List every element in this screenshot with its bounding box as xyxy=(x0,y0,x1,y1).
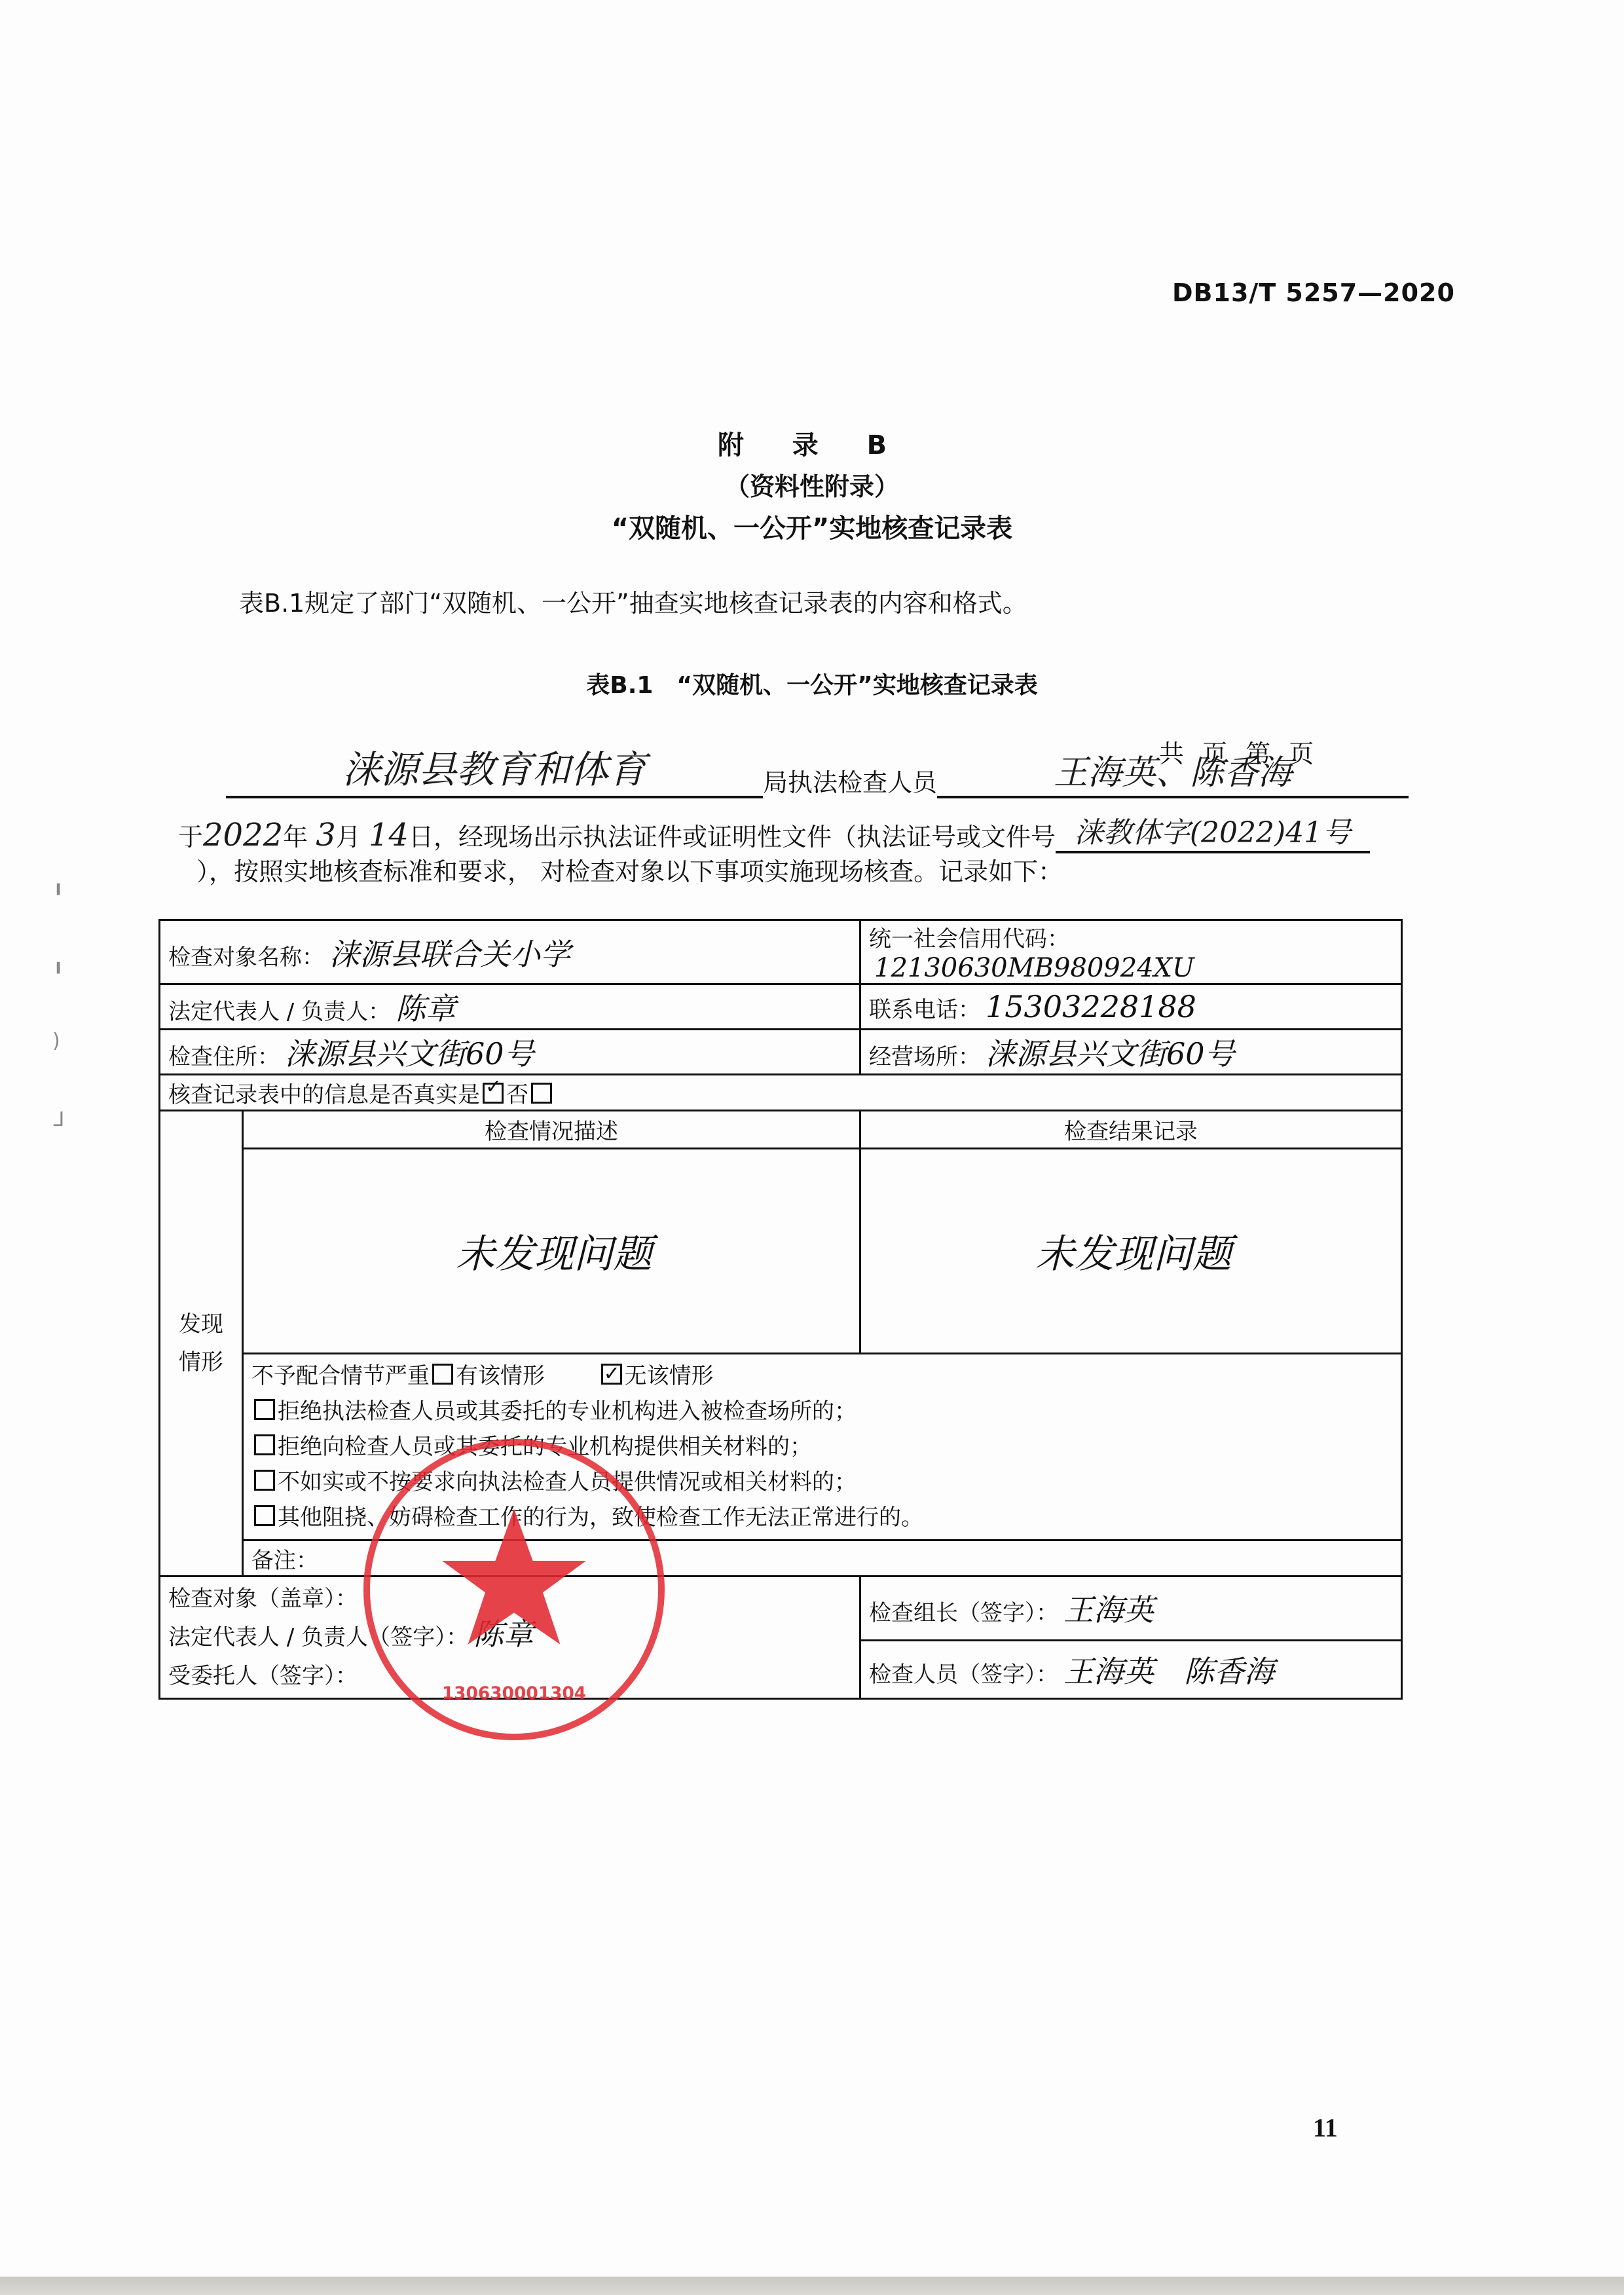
remarks-cell: 备注： xyxy=(243,1540,1402,1577)
description-cell[interactable]: 未发现问题 xyxy=(243,1149,860,1354)
business-place-label: 经营场所： xyxy=(869,1044,980,1070)
on-label: 于 xyxy=(178,823,203,851)
credit-code-label: 统一社会信用代码： xyxy=(869,926,1069,952)
truth-check-cell: 核查记录表中的信息是否真实是否 xyxy=(160,1075,1402,1111)
intro-paragraph: 表B.1规定了部门“双随机、一公开”抽查实地核查记录表的内容和格式。 xyxy=(239,583,1027,619)
checklist-item: 拒绝向检查人员或其委托的专业机构提供相关材料的； xyxy=(251,1429,1393,1465)
legal-rep-sign-label: 法定代表人 / 负责人（签字）： xyxy=(168,1624,468,1651)
day-field[interactable]: 14 xyxy=(369,817,409,853)
phone-label: 联系电话： xyxy=(869,997,980,1023)
truth-no-checkbox[interactable] xyxy=(531,1083,552,1104)
scan-bottom-edge xyxy=(0,2277,1624,2295)
scan-margin-marks: ╻╻)ᒧ xyxy=(52,845,72,1146)
legal-rep-label: 法定代表人 / 负责人： xyxy=(168,999,390,1025)
checklist-checkbox[interactable] xyxy=(254,1434,275,1455)
appendix-title: 附 录 B xyxy=(0,424,1624,462)
description-header: 检查情况描述 xyxy=(243,1111,860,1149)
noncoop-none-checkbox[interactable] xyxy=(601,1364,622,1385)
page-number: 11 xyxy=(1313,2112,1338,2143)
checklist-checkbox[interactable] xyxy=(254,1470,275,1491)
inspectors-sign-label: 检查人员（签字）： xyxy=(869,1662,1058,1688)
standard-number: DB13/T 5257—2020 xyxy=(1172,278,1455,307)
table-caption: 表B.1 “双随机、一公开”实地核查记录表 xyxy=(0,667,1624,700)
noncoop-none-label: 无该情形 xyxy=(625,1363,714,1389)
address-cell: 检查住所：涞源县兴文街60号 xyxy=(160,1030,860,1075)
subject-name-cell: 检查对象名称：涞源县联合关小学 xyxy=(160,920,860,984)
checklist-item: 拒绝执法检查人员或其委托的专业机构进入被检查场所的； xyxy=(251,1394,1393,1429)
checklist-item: 其他阻挠、妨碍检查工作的行为，致使检查工作无法正常进行的。 xyxy=(251,1500,1393,1535)
year-field[interactable]: 2022 xyxy=(203,817,283,853)
result-header: 检查结果记录 xyxy=(860,1111,1402,1149)
truth-yes-checkbox[interactable] xyxy=(483,1083,504,1104)
checklist-label: 其他阻挠、妨碍检查工作的行为，致使检查工作无法正常进行的。 xyxy=(278,1504,923,1531)
day-label: 日，经现场出示执法证件或证明性文件（执法证号或文件号 xyxy=(409,823,1056,851)
phone-field[interactable]: 15303228188 xyxy=(986,989,1196,1024)
checklist-checkbox[interactable] xyxy=(254,1399,275,1420)
checklist-item: 不如实或不按要求向执法检查人员提供情况或相关材料的； xyxy=(251,1465,1393,1500)
month-field[interactable]: 3 xyxy=(316,817,336,853)
appendix-name: “双随机、一公开”实地核查记录表 xyxy=(0,508,1624,545)
inspectors-signature-cell: 检查人员（签字）：王海英 陈香海 xyxy=(860,1640,1402,1698)
credit-code-cell: 统一社会信用代码：12130630MB980924XU xyxy=(860,920,1402,984)
address-label: 检查住所： xyxy=(168,1044,280,1070)
credit-code-field[interactable]: 12130630MB980924XU xyxy=(874,953,1194,983)
appendix-subtitle: （资料性附录） xyxy=(0,466,1624,502)
bureau-label: 局执法检查人员 xyxy=(763,768,937,797)
noncooperation-checklist: 不予配合情节严重有该情形 无该情形 拒绝执法检查人员或其委托的专业机构进入被检查… xyxy=(243,1354,1402,1540)
month-label: 月 xyxy=(336,823,361,851)
remarks-label: 备注： xyxy=(251,1548,318,1574)
noncoop-label: 不予配合情节严重 xyxy=(251,1363,430,1389)
legal-rep-field[interactable]: 陈章 xyxy=(396,991,456,1026)
preamble-line-2: 于2022年 3月 14日，经现场出示执法证件或证明性文件（执法证号或文件号涞教… xyxy=(178,809,1370,853)
subject-seal-label: 检查对象（盖章）： xyxy=(168,1586,358,1612)
noncoop-row: 不予配合情节严重有该情形 无该情形 xyxy=(251,1358,1393,1394)
findings-side-cell: 发现 情形 xyxy=(160,1111,243,1577)
result-cell[interactable]: 未发现问题 xyxy=(860,1149,1402,1354)
findings-side-label: 情形 xyxy=(179,1349,223,1375)
document-number-field[interactable]: 涞教体字(2022)41号 xyxy=(1056,809,1370,853)
preamble-line-1: 涞源县教育和体育局执法检查人员王海英、陈香海 xyxy=(226,743,1470,815)
checklist-label: 不如实或不按要求向执法检查人员提供情况或相关材料的； xyxy=(278,1469,857,1495)
truth-no-label: 否 xyxy=(506,1082,528,1108)
leader-sign-label: 检查组长（签字）： xyxy=(869,1600,1058,1626)
year-label: 年 xyxy=(283,823,308,851)
findings-side-label: 发现 xyxy=(179,1311,223,1337)
inspection-record-table: 检查对象名称：涞源县联合关小学 统一社会信用代码：12130630MB98092… xyxy=(158,919,1403,1700)
checklist-label: 拒绝向检查人员或其委托的专业机构提供相关材料的； xyxy=(278,1434,812,1460)
checklist-label: 拒绝执法检查人员或其委托的专业机构进入被检查场所的； xyxy=(278,1398,857,1425)
leader-signature-cell: 检查组长（签字）：王海英 xyxy=(860,1577,1402,1641)
subject-name-field[interactable]: 涞源县联合关小学 xyxy=(329,937,570,972)
business-place-field[interactable]: 涞源县兴文街60号 xyxy=(986,1036,1235,1072)
address-field[interactable]: 涞源县兴文街60号 xyxy=(285,1036,534,1072)
subject-signature-cell: 检查对象（盖章）： 法定代表人 / 负责人（签字）：陈章 受委托人（签字）： xyxy=(160,1577,860,1699)
noncoop-has-label: 有该情形 xyxy=(456,1363,545,1389)
truth-question: 核查记录表中的信息是否真实是 xyxy=(168,1082,480,1108)
inspectors-signature[interactable]: 王海英 陈香海 xyxy=(1063,1654,1274,1689)
leader-signature[interactable]: 王海英 xyxy=(1063,1592,1154,1628)
description-field[interactable]: 未发现问题 xyxy=(456,1231,652,1277)
subject-name-label: 检查对象名称： xyxy=(168,944,324,971)
business-place-cell: 经营场所：涞源县兴文街60号 xyxy=(860,1030,1402,1075)
delegate-sign-label: 受委托人（签字）： xyxy=(168,1663,358,1689)
agency-field[interactable]: 涞源县教育和体育 xyxy=(226,743,763,798)
preamble-closing: ），按照实地核查标准和要求， 对检查对象以下事项实施现场核查。记录如下： xyxy=(196,851,1063,887)
inspectors-field[interactable]: 王海英、陈香海 xyxy=(937,750,1409,798)
result-field[interactable]: 未发现问题 xyxy=(1035,1231,1232,1277)
noncoop-has-checkbox[interactable] xyxy=(432,1364,453,1385)
checklist-checkbox[interactable] xyxy=(254,1505,275,1526)
phone-cell: 联系电话：15303228188 xyxy=(860,984,1402,1030)
legal-rep-signature[interactable]: 陈章 xyxy=(473,1616,534,1652)
legal-rep-cell: 法定代表人 / 负责人：陈章 xyxy=(160,984,860,1030)
